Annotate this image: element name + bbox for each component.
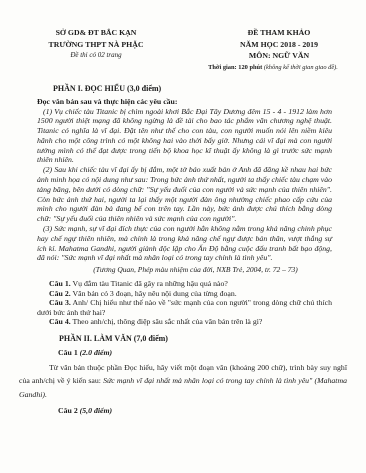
exam-body: PHẦN I. ĐỌC HIỂU (3,0 điểm) Đọc văn bản …	[0, 84, 366, 416]
time-limit: Thời gian: 120 phút (không kể thời gian …	[180, 62, 366, 74]
passage-source: (Tương Quan, Phép màu nhiệm của đời, NXB…	[37, 265, 332, 275]
essay-q1-points: (2.0 điểm)	[78, 348, 112, 357]
essay-q1-label: Câu 1	[58, 348, 78, 357]
essay-q1-heading: Câu 1 (2.0 điểm)	[37, 348, 332, 358]
reading-passage: (1) Vụ chiếc tàu Titanic bị chìm ngoài k…	[37, 107, 332, 264]
school-year: NĂM HỌC 2018 - 2019	[192, 39, 366, 51]
essay-q2-points: (5,0 điểm)	[78, 406, 112, 415]
essay-q2-label: Câu 2	[58, 406, 78, 415]
issuer-name: SỞ GD& ĐT BẮC KẠN	[0, 27, 192, 39]
question-row-3: Câu 3. Anh/ Chị hiểu như thế nào về "sức…	[37, 298, 332, 317]
subject-name: MÔN: NGỮ VĂN	[192, 50, 366, 62]
issuer-block: SỞ GD& ĐT BẮC KẠN TRƯỜNG THPT NÀ PHẶC Đề…	[0, 27, 192, 73]
exam-title-block: ĐỀ THAM KHẢO NĂM HỌC 2018 - 2019 MÔN: NG…	[192, 27, 366, 73]
essay-q2-heading: Câu 2 (5,0 điểm)	[37, 406, 332, 416]
school-name: TRƯỜNG THPT NÀ PHẶC	[0, 39, 192, 51]
essay-q1-prompt: Từ văn bản thuộc phần Đọc hiểu, hãy viết…	[19, 361, 347, 402]
exam-header: SỞ GD& ĐT BẮC KẠN TRƯỜNG THPT NÀ PHẶC Đề…	[0, 0, 366, 73]
exam-title: ĐỀ THAM KHẢO	[192, 27, 366, 39]
question-row-4: Câu 4. Theo anh/chị, thông điệp sâu sắc …	[37, 317, 332, 327]
passage-paragraph-1: (1) Vụ chiếc tàu Titanic bị chìm ngoài k…	[37, 107, 332, 166]
time-limit-bold: Thời gian: 120 phút	[208, 64, 264, 71]
question-text: Văn bản có 3 đoạn, hãy nêu nội dung của …	[71, 289, 237, 298]
question-row-2: Câu 2. Văn bản có 3 đoạn, hãy nêu nội du…	[37, 289, 332, 299]
passage-paragraph-3: (3) Sức mạnh, sự vĩ đại đích thực của co…	[37, 224, 332, 263]
question-text: Theo anh/chị, thông điệp sâu sắc nhất củ…	[71, 317, 263, 326]
question-label: Câu 3.	[49, 298, 71, 307]
part1-heading: PHẦN I. ĐỌC HIỂU (3,0 điểm)	[37, 84, 332, 94]
question-label: Câu 4.	[49, 317, 71, 326]
page-count-note: Đề thi có 02 trang	[0, 50, 192, 61]
exam-paper-page: SỞ GD& ĐT BẮC KẠN TRƯỜNG THPT NÀ PHẶC Đề…	[0, 0, 366, 473]
question-text: Anh/ Chị hiểu như thế nào về "sức mạnh c…	[37, 298, 332, 317]
question-text: Vụ đắm tàu Titanic đã gây ra những hậu q…	[71, 279, 228, 288]
part2-heading: PHẦN II. LÀM VĂN (7,0 điểm)	[37, 334, 332, 344]
question-label: Câu 1.	[49, 279, 71, 288]
passage-paragraph-2: (2) Sau khi chiếc tàu vĩ đại ấy bị đắm, …	[37, 165, 332, 224]
question-row-1: Câu 1. Vụ đắm tàu Titanic đã gây ra nhữn…	[37, 279, 332, 289]
question-label: Câu 2.	[49, 289, 71, 298]
time-limit-note: (không kể thời gian giao đề).	[264, 64, 338, 71]
reading-instruction: Đọc văn bản sau và thực hiện các yêu cầu…	[37, 97, 332, 107]
reading-questions: Câu 1. Vụ đắm tàu Titanic đã gây ra nhữn…	[37, 279, 332, 327]
